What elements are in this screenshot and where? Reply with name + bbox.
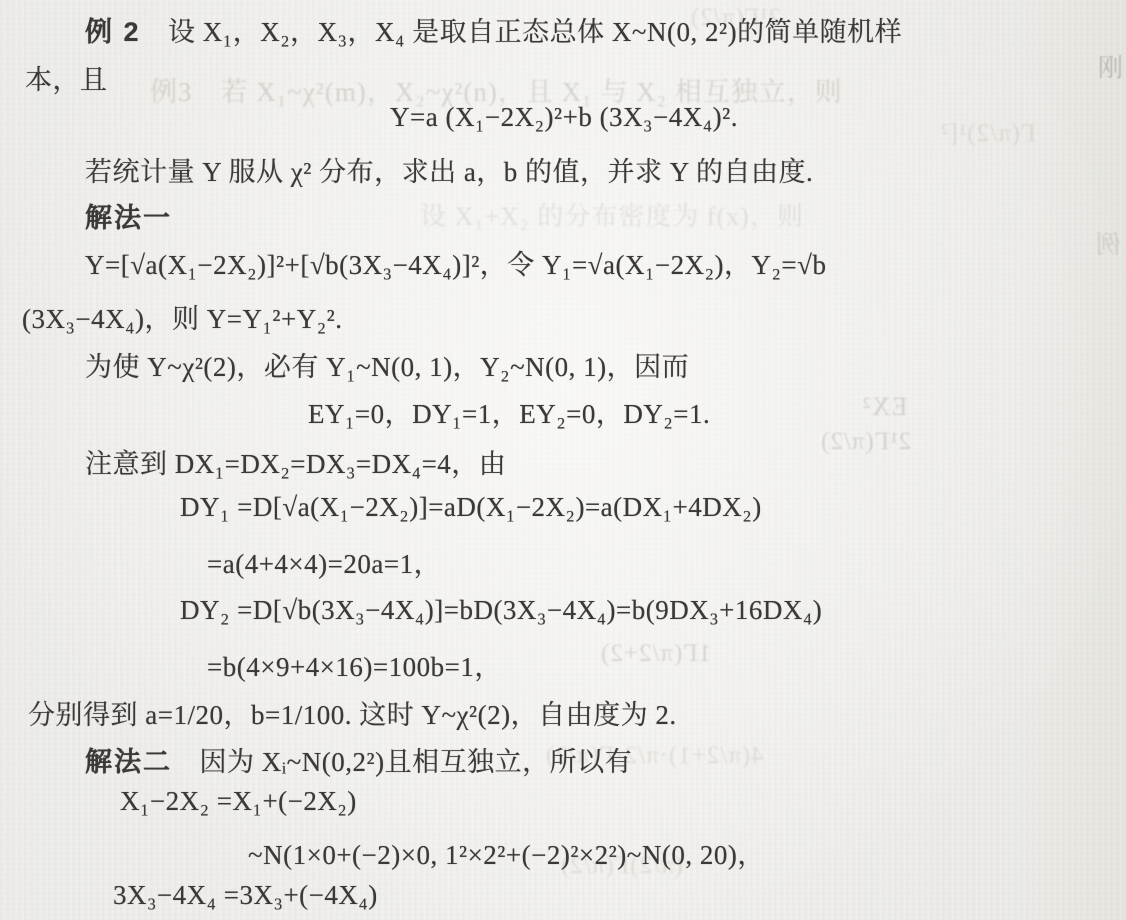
- bleedthrough-text: 刚: [1098, 48, 1124, 84]
- example-label: 例 2: [85, 17, 141, 47]
- line-text: 注意到 DX₁=DX₂=DX₃=DX₄=4，由: [85, 449, 506, 479]
- solution-2-label: 解法二: [85, 747, 172, 777]
- text-line: 本，且: [25, 58, 108, 97]
- line-text: 为使 Y~χ²(2)，必有 Y₁~N(0, 1)，Y₂~N(0, 1)，因而: [85, 352, 689, 382]
- formula-line: X₁−2X₂ =X₁+(−2X₂): [120, 786, 357, 817]
- formula-line-distribution: ~N(1×0+(−2)×0, 1²×2²+(−2)²×2²)~N(0, 20)，: [248, 833, 765, 872]
- text-line: 为使 Y~χ²(2)，必有 Y₁~N(0, 1)，Y₂~N(0, 1)，因而: [85, 345, 689, 384]
- line-text: (3X₃−4X₄)，则 Y=Y₁²+Y₂².: [22, 304, 343, 334]
- formula-line-DY1-result: =a(4+4×4)=20a=1，: [207, 542, 441, 581]
- line-text: 分别得到 a=1/20，b=1/100. 这时 Y~χ²(2)，自由度为 2.: [28, 700, 677, 730]
- text-line-solution-2-heading: 解法二 因为 Xᵢ~N(0,2²)且相互独立，所以有: [85, 740, 632, 779]
- line-text: EY₁=0，DY₁=1，EY₂=0，DY₂=1.: [308, 399, 710, 429]
- formula-line-DY2-result: =b(4×9+4×16)=100b=1，: [207, 645, 502, 684]
- text-line-question: 若统计量 Y 服从 χ² 分布，求出 a，b 的值，并求 Y 的自由度.: [85, 150, 813, 189]
- line-text: 因为 Xᵢ~N(0,2²)且相互独立，所以有: [172, 747, 632, 777]
- line-text: =b(4×9+4×16)=100b=1，: [207, 652, 502, 682]
- formula-line: Y=[√a(X₁−2X₂)]²+[√b(3X₃−4X₄)]²，令 Y₁=√a(X…: [85, 243, 826, 282]
- line-text: Y=a (X₁−2X₂)²+b (3X₃−4X₄)².: [390, 102, 738, 132]
- formula-line: (3X₃−4X₄)，则 Y=Y₁²+Y₂².: [22, 297, 343, 336]
- solution-1-label: 解法一: [85, 203, 172, 233]
- line-text: ~N(1×0+(−2)×0, 1²×2²+(−2)²×2²)~N(0, 20)，: [248, 840, 765, 870]
- formula-line-DY2: DY₂ =D[√b(3X₃−4X₄)]=bD(3X₃−4X₄)=b(9DX₃+1…: [180, 595, 822, 626]
- line-text: X₁−2X₂ =X₁+(−2X₂): [120, 786, 357, 816]
- text-line-conclusion: 分别得到 a=1/20，b=1/100. 这时 Y~χ²(2)，自由度为 2.: [28, 693, 677, 732]
- line-text: 若统计量 Y 服从 χ² 分布，求出 a，b 的值，并求 Y 的自由度.: [85, 157, 813, 187]
- bleedthrough-text: Γ(π/2)¹[²: [940, 120, 1036, 148]
- formula-line-definition-of-Y: Y=a (X₁−2X₂)²+b (3X₃−4X₄)².: [390, 102, 738, 133]
- line-text: Y=[√a(X₁−2X₂)]²+[√b(3X₃−4X₄)]²，令 Y₁=√a(X…: [85, 250, 826, 280]
- line-text: DY₂ =D[√b(3X₃−4X₄)]=bD(3X₃−4X₄)=b(9DX₃+1…: [180, 595, 822, 625]
- text-line-problem-statement: 例 2 设 X₁，X₂，X₃，X₄ 是取自正态总体 X~N(0, 2²)的简单随…: [85, 10, 902, 49]
- bleedthrough-text: 1Γ(π/2+2): [600, 640, 711, 668]
- bleedthrough-text: EX²: [862, 392, 907, 422]
- scanned-page: 例3 若 X₁~χ²(m)，X₂~χ²(n)，且 X₁ 与 X₂ 相互独立，则 …: [0, 0, 1126, 920]
- bleedthrough-text: 例: [1095, 225, 1121, 261]
- line-text: 3X₃−4X₄ =3X₃+(−4X₄): [113, 880, 378, 910]
- formula-line-DY1: DY₁ =D[√a(X₁−2X₂)]=aD(X₁−2X₂)=a(DX₁+4DX₂…: [180, 492, 762, 523]
- text-line-solution-1-heading: 解法一: [85, 196, 172, 235]
- bleedthrough-text: 设 X₁+X₂ 的分布密度为 f(x)，则: [420, 196, 804, 233]
- line-text: =a(4+4×4)=20a=1，: [207, 549, 441, 579]
- formula-line: 3X₃−4X₄ =3X₃+(−4X₄): [113, 880, 378, 911]
- line-text: DY₁ =D[√a(X₁−2X₂)]=aD(X₁−2X₂)=a(DX₁+4DX₂…: [180, 492, 762, 522]
- line-text: 设 X₁，X₂，X₃，X₄ 是取自正态总体 X~N(0, 2²)的简单随机样: [141, 17, 903, 47]
- line-text: 本，且: [25, 65, 108, 95]
- text-line: 注意到 DX₁=DX₂=DX₃=DX₄=4，由: [85, 442, 506, 481]
- bleedthrough-text: 2¹Γ(π/2): [820, 428, 911, 456]
- formula-line-moments: EY₁=0，DY₁=1，EY₂=0，DY₂=1.: [308, 392, 710, 431]
